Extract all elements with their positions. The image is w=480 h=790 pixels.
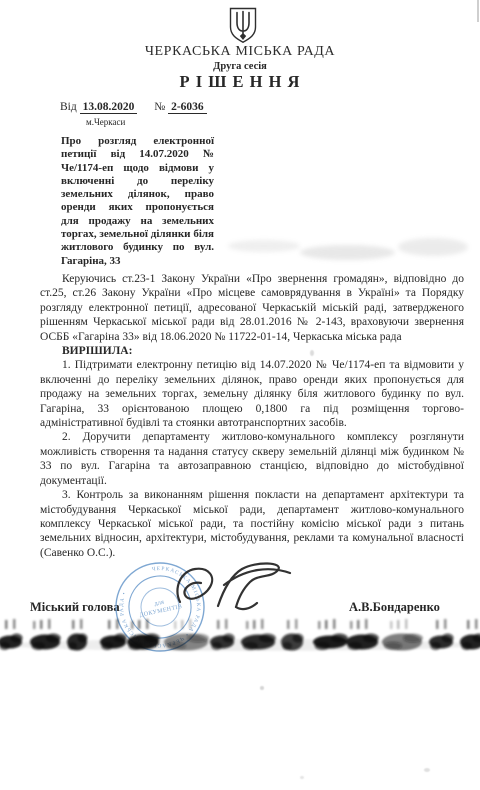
ink-bleed-artifact bbox=[0, 612, 480, 668]
handwritten-signature bbox=[166, 560, 300, 620]
scan-speck bbox=[300, 776, 304, 779]
document-type-title: Р І Ш Е Н Н Я bbox=[0, 72, 480, 92]
scan-smudge-artifact bbox=[300, 245, 395, 260]
scan-edge-artifact bbox=[477, 0, 479, 22]
session-label: Друга сесія bbox=[0, 61, 480, 72]
org-name: ЧЕРКАСЬКА МІСЬКА РАДА bbox=[0, 44, 480, 60]
preamble-paragraph: Керуючись ст.23-1 Закону України «Про зв… bbox=[40, 272, 464, 344]
date-prefix: Від bbox=[60, 101, 77, 113]
decision-body: Керуючись ст.23-1 Закону України «Про зв… bbox=[40, 272, 464, 560]
scan-speck bbox=[260, 686, 264, 690]
decision-item-1: 1. Підтримати електронну петицію від 14.… bbox=[40, 358, 464, 430]
resolved-heading: ВИРІШИЛА: bbox=[40, 344, 464, 358]
decision-item-3: 3. Контроль за виконанням рішення поклас… bbox=[40, 488, 464, 560]
scan-smudge-artifact bbox=[398, 238, 468, 256]
subject-block: Про розгляд електронної петиції від 14.0… bbox=[61, 135, 214, 268]
scan-speck bbox=[424, 768, 430, 772]
decision-item-2: 2. Доручити департаменту житлово-комунал… bbox=[40, 430, 464, 488]
doc-number: 2-6036 bbox=[168, 101, 207, 114]
doc-meta-row: Від 13.08.2020 № 2-6036 bbox=[60, 101, 207, 113]
number-sign: № bbox=[154, 101, 165, 113]
doc-date: 13.08.2020 bbox=[80, 101, 138, 114]
scanned-decision-document: ЧЕРКАСЬКА МІСЬКА РАДА Друга сесія Р І Ш … bbox=[0, 0, 480, 790]
stamp-center-line1: для bbox=[154, 599, 165, 608]
ukraine-trident-emblem-icon bbox=[227, 7, 259, 44]
scan-smudge-artifact bbox=[228, 240, 300, 252]
city-label: м.Черкаси bbox=[86, 117, 125, 127]
